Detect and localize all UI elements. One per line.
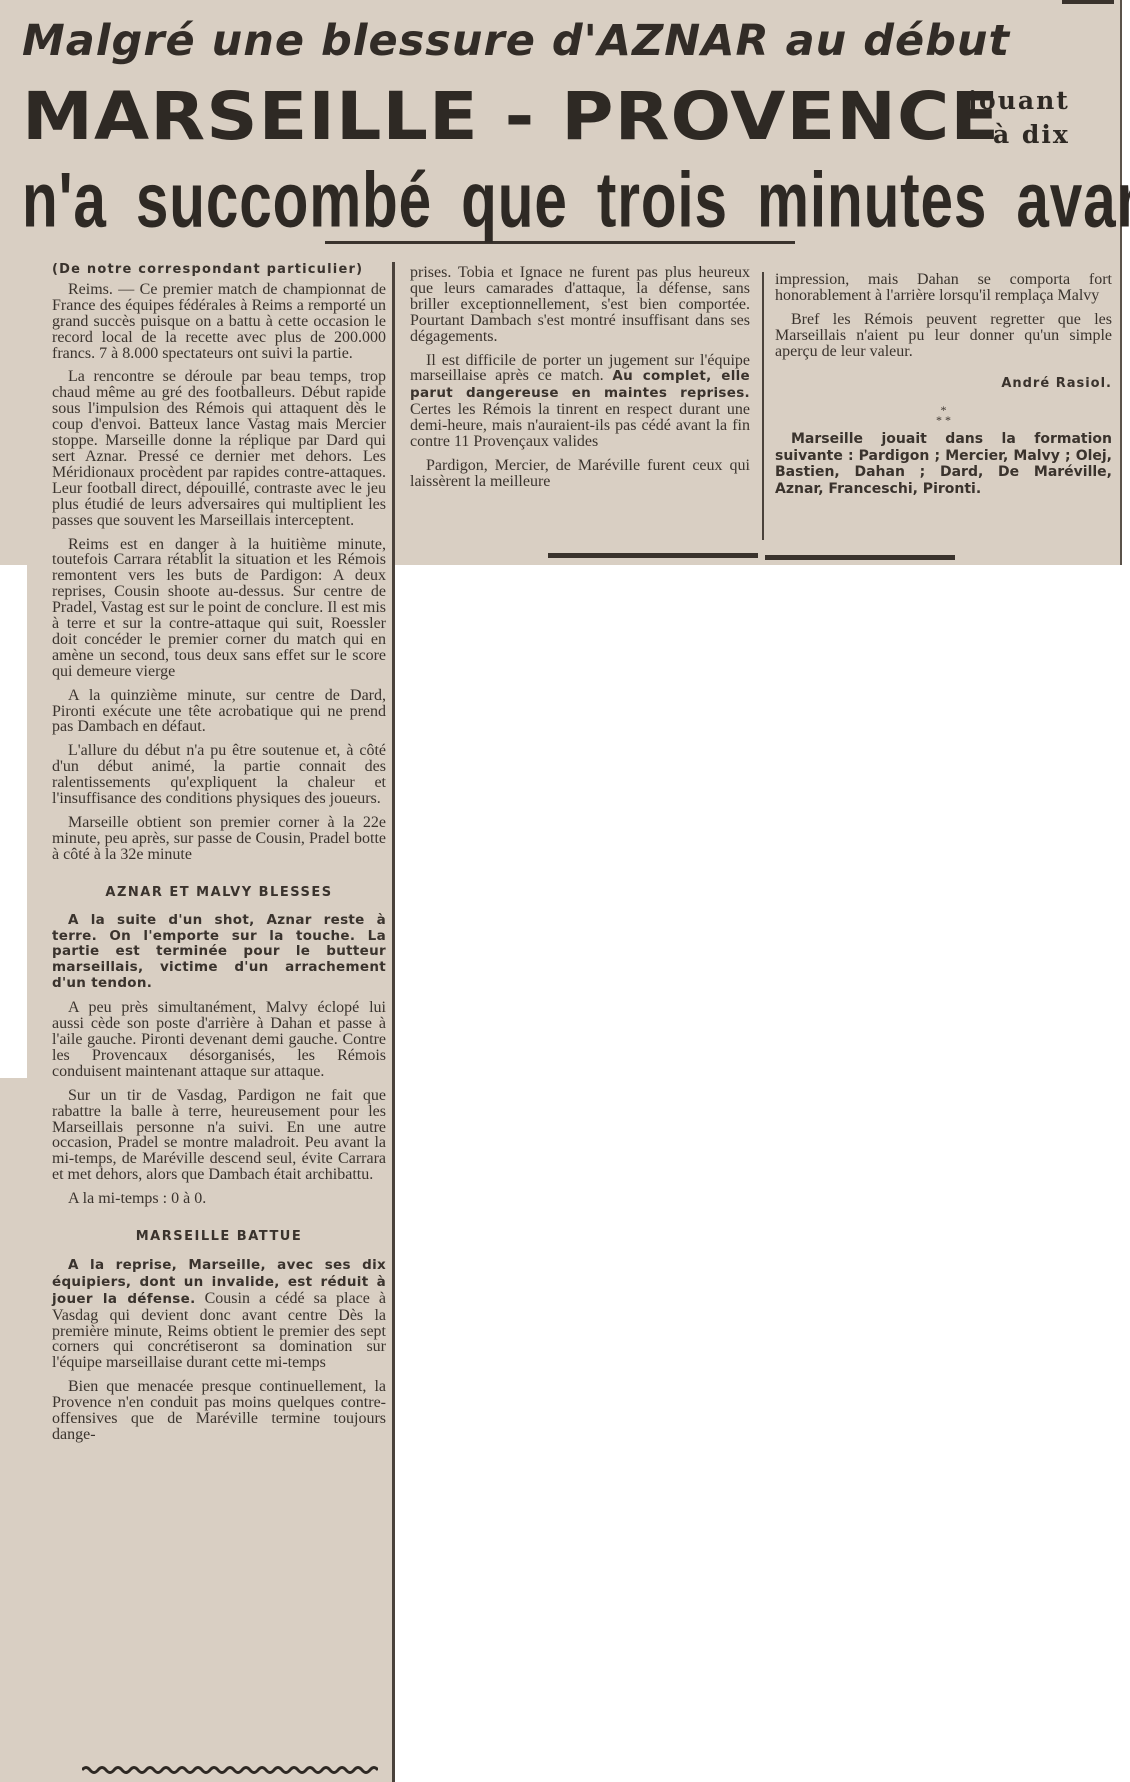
paragraph: A la reprise, Marseille, avec ses dix éq… — [52, 1257, 386, 1371]
paragraph: A peu près simultanément, Malvy éclopé l… — [52, 1000, 386, 1080]
separator-asterisks: ** * — [775, 405, 1112, 425]
top-rule — [1062, 0, 1114, 4]
subheading-defeat: MARSEILLE BATTUE — [52, 1229, 386, 1245]
correspondent-credit: (De notre correspondant particulier) — [52, 262, 386, 278]
paragraph-end: Certes les Rémois la tinrent en respect … — [410, 401, 750, 450]
paragraph: Pardigon, Mercier, de Maréville furent c… — [410, 458, 750, 490]
subheading-injuries: AZNAR ET MALVY BLESSES — [52, 885, 386, 901]
headline-aside-line1: jouant — [968, 84, 1070, 118]
column-end-rule-2 — [548, 553, 758, 558]
column-rule-1 — [392, 262, 395, 1782]
paragraph: La rencontre se déroule par beau temps, … — [52, 369, 386, 528]
halftime-score: A la mi-temps : 0 à 0. — [52, 1191, 386, 1207]
column-rule-2 — [762, 272, 764, 540]
paragraph: Bien que menacée presque continuellement… — [52, 1379, 386, 1443]
team-lineup: Marseille jouait dans la formation suiva… — [775, 431, 1112, 497]
paragraph: A la suite d'un shot, Aznar reste à terr… — [52, 913, 386, 993]
article-column-3: impression, mais Dahan se comporta fort … — [775, 272, 1112, 505]
article-column-1: (De notre correspondant particulier) Rei… — [52, 262, 386, 1451]
paragraph: prises. Tobia et Ignace ne furent pas pl… — [410, 265, 750, 345]
article-column-2: prises. Tobia et Ignace ne furent pas pl… — [410, 265, 750, 498]
headline-aside-line2: à dix — [968, 118, 1070, 152]
headline-subtitle: n'a succombé que trois minutes avant la … — [22, 155, 1130, 245]
wavy-end-rule — [82, 1765, 378, 1775]
paragraph: L'allure du début n'a pu être soutenue e… — [52, 743, 386, 807]
right-border-rule — [1120, 0, 1122, 565]
author-signature: André Rasiol. — [775, 376, 1112, 392]
paragraph: Reims. — Ce premier match de championnat… — [52, 282, 386, 362]
paragraph: Il est difficile de porter un jugement s… — [410, 353, 750, 450]
paragraph: Bref les Rémois peuvent regretter que le… — [775, 312, 1112, 360]
column-end-rule-3 — [765, 555, 955, 560]
paragraph: impression, mais Dahan se comporta fort … — [775, 272, 1112, 304]
paragraph: Reims est en danger à la huitième minute… — [52, 537, 386, 680]
headline-title: MARSEILLE - PROVENCE — [22, 78, 1000, 155]
headline-aside: jouant à dix — [968, 84, 1070, 152]
headline-kicker: Malgré une blessure d'AZNAR au début — [22, 16, 1117, 66]
paragraph: Sur un tir de Vasdag, Pardigon ne fait q… — [52, 1088, 386, 1183]
paragraph: Marseille obtient son premier corner à l… — [52, 815, 386, 863]
paragraph: A la quinzième minute, sur centre de Dar… — [52, 688, 386, 736]
